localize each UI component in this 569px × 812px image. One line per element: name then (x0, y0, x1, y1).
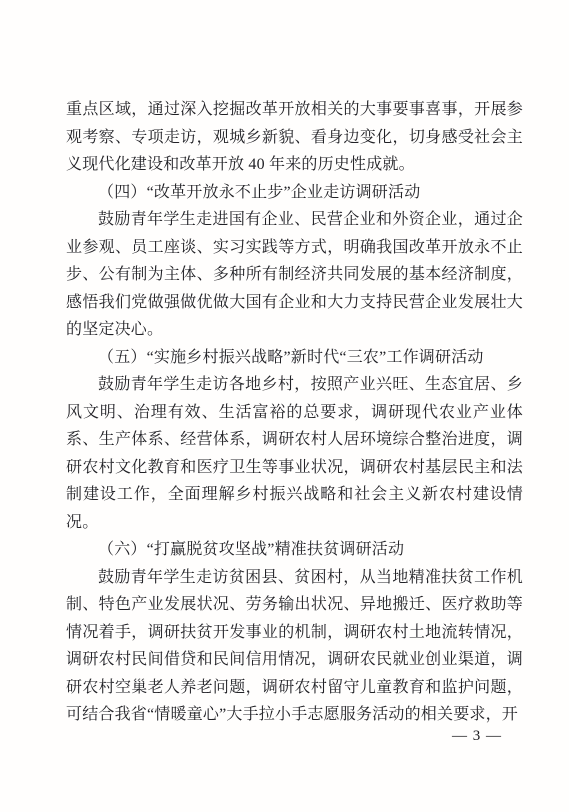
paragraph-continuation: 重点区域，通过深入挖掘改革开放相关的大事要事喜事，开展参观考察、专项走访，观城乡… (66, 96, 523, 179)
section-heading-six: （六）“打赢脱贫攻坚战”精准扶贫调研活动 (66, 536, 523, 564)
paragraph-section-five: 鼓励青年学生走访各地乡村，按照产业兴旺、生态宜居、乡风文明、治理有效、生活富裕的… (66, 371, 523, 536)
paragraph-section-six: 鼓励青年学生走访贫困县、贫困村，从当地精准扶贫工作机制、特色产业发展状况、劳务输… (66, 564, 523, 729)
page-number: — 3 — (452, 726, 502, 746)
document-page: 重点区域，通过深入挖掘改革开放相关的大事要事喜事，开展参观考察、专项走访，观城乡… (0, 0, 569, 812)
section-heading-four: （四）“改革开放永不止步”企业走访调研活动 (66, 179, 523, 207)
paragraph-section-four: 鼓励青年学生走进国有企业、民营企业和外资企业，通过企业参观、员工座谈、实习实践等… (66, 206, 523, 344)
document-body: 重点区域，通过深入挖掘改革开放相关的大事要事喜事，开展参观考察、专项走访，观城乡… (66, 96, 523, 729)
section-heading-five: （五）“实施乡村振兴战略”新时代“三农”工作调研活动 (66, 344, 523, 372)
